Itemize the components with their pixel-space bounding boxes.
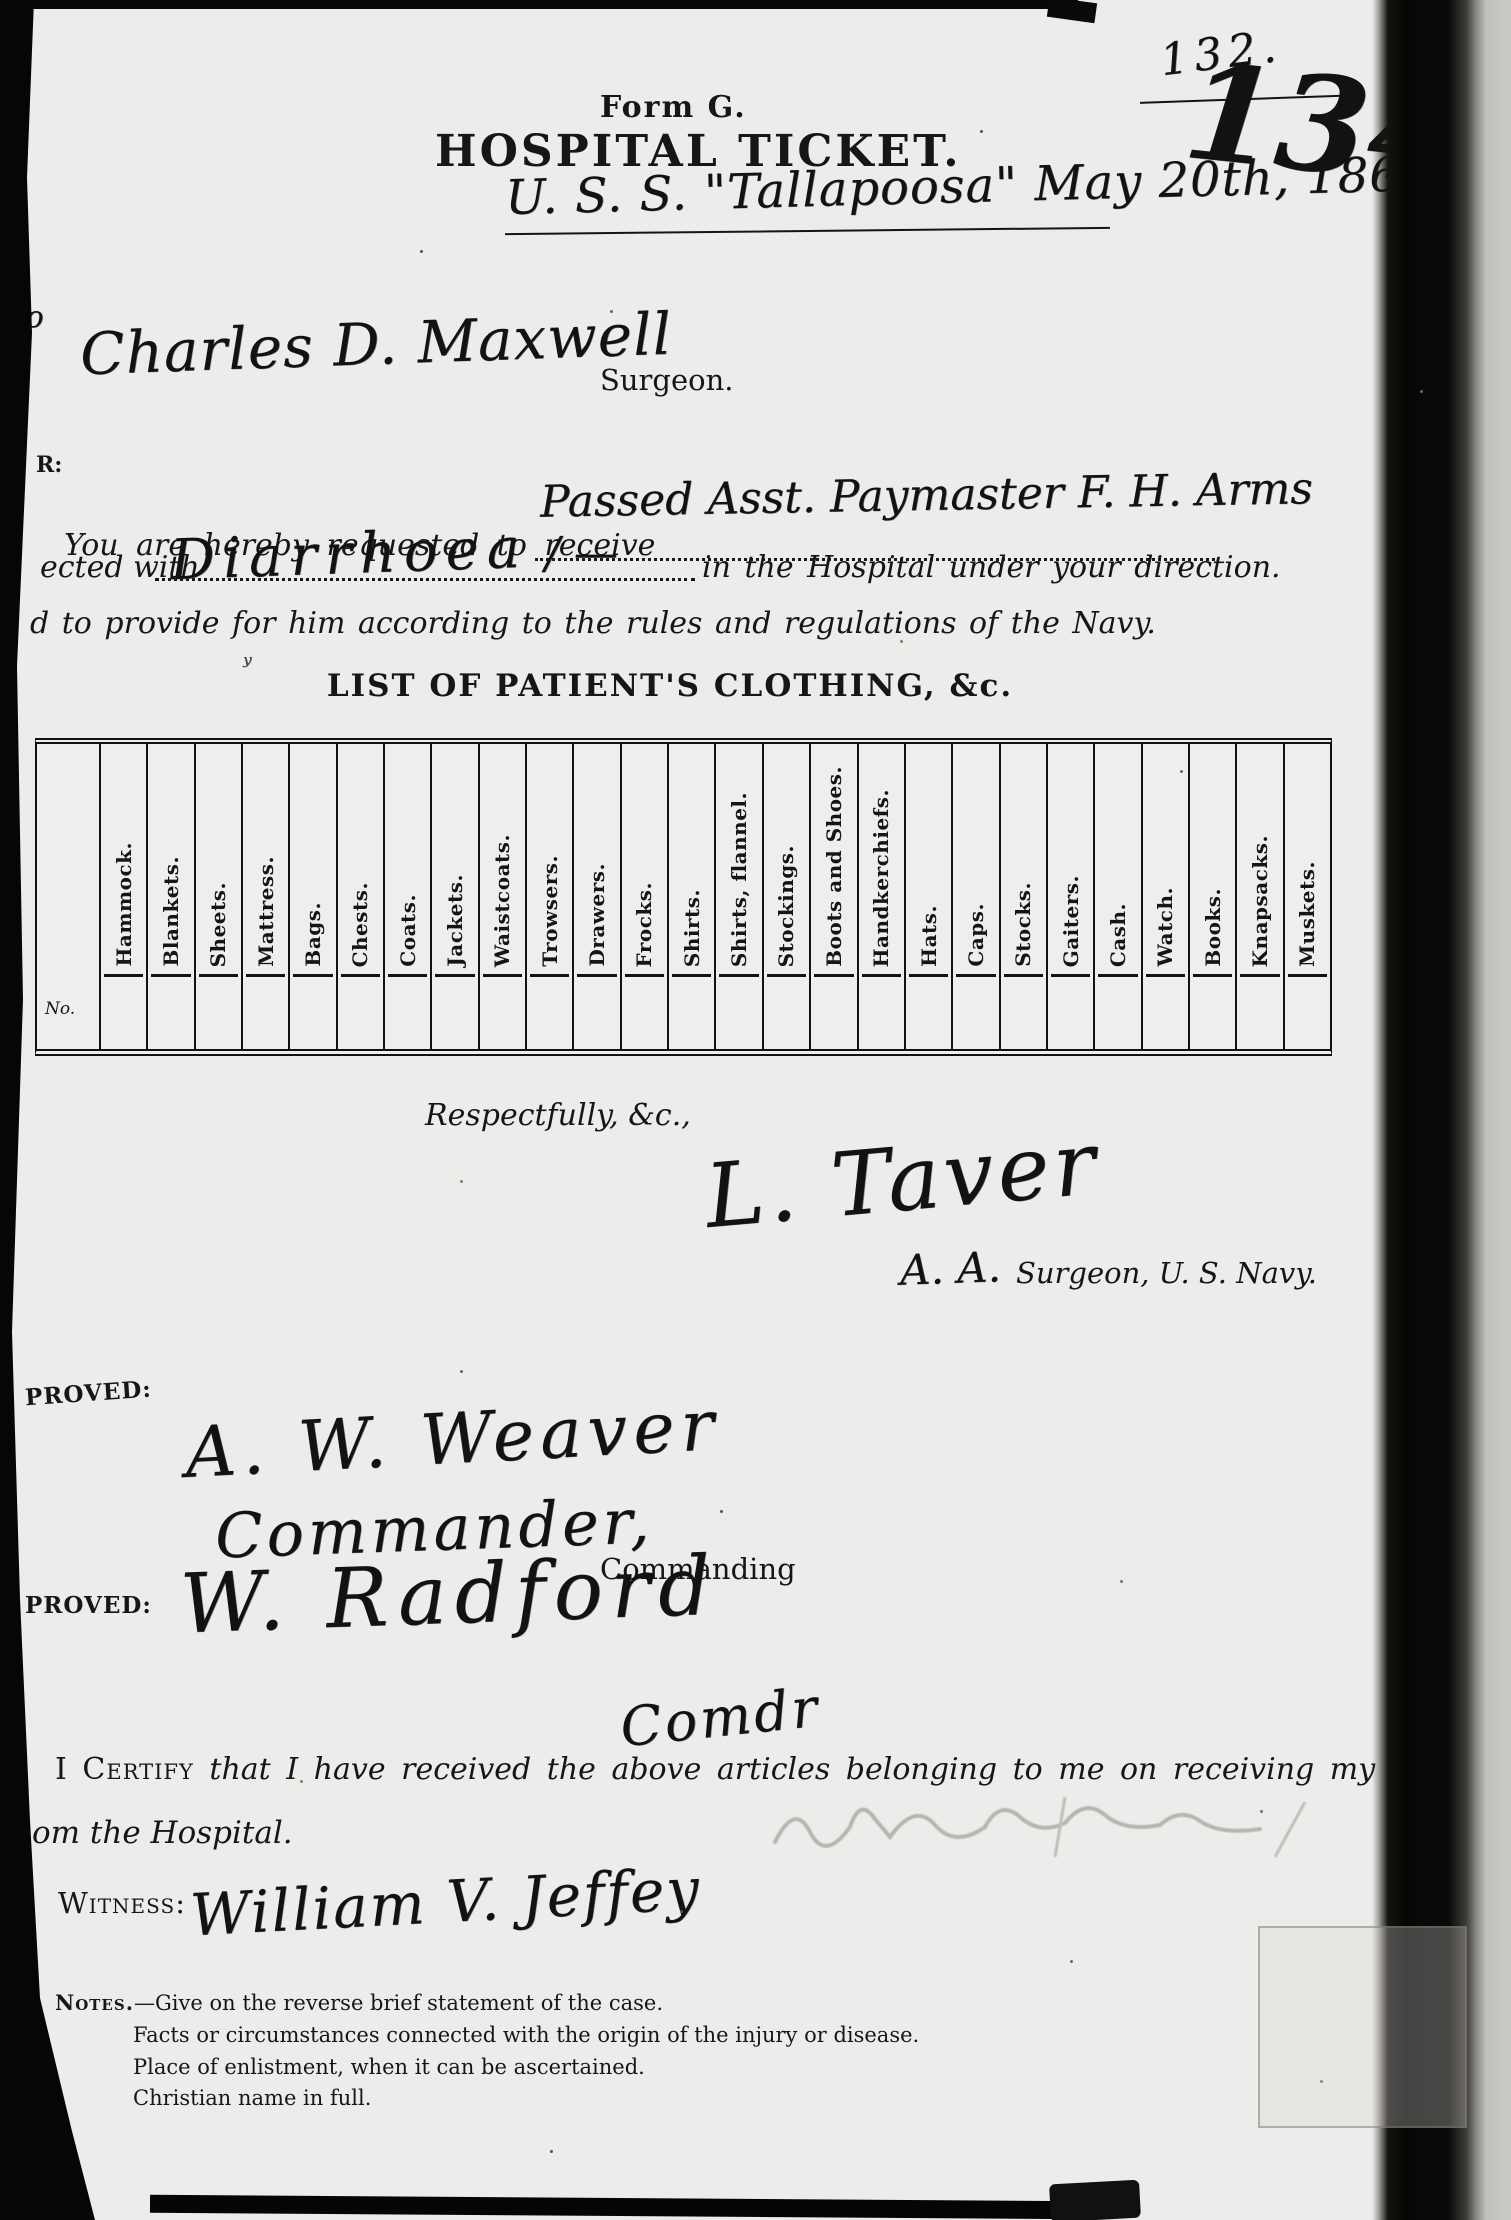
- approved-label-1: PROVED:: [24, 1376, 152, 1412]
- clothing-column: Shirts.: [667, 744, 714, 1049]
- clothing-column: Trowsers.: [525, 744, 572, 1049]
- clothing-column: Bags.: [288, 744, 335, 1049]
- clothing-column-label: Stockings.: [774, 845, 798, 967]
- clothing-table: No. Hammock.Blankets.Sheets.Mattress.Bag…: [35, 738, 1332, 1056]
- scan-edge-top: [0, 0, 1078, 9]
- clothing-column: Cash.: [1093, 744, 1140, 1049]
- approver1-signature: A. W. Weaver: [183, 1384, 722, 1494]
- request-line3: d to provide for him according to the ru…: [30, 606, 1156, 641]
- clothing-column: Coats.: [383, 744, 430, 1049]
- witness-label: Witness:: [58, 1886, 186, 1920]
- clothing-column: Drawers.: [572, 744, 619, 1049]
- surgeon-rank-printed: Surgeon, U. S. Navy.: [1016, 1256, 1317, 1290]
- clothing-column: Sheets.: [194, 744, 241, 1049]
- clothing-column: Blankets.: [146, 744, 193, 1049]
- clothing-column: Shirts, flannel.: [714, 744, 761, 1049]
- clothing-column-label: Handkerchiefs.: [869, 789, 893, 967]
- scan-speckles: [420, 250, 423, 253]
- clothing-column-label: Books.: [1201, 888, 1225, 967]
- clothing-heading: LIST OF PATIENT'S CLOTHING, &c.: [30, 668, 1310, 704]
- addressee-title: Surgeon.: [600, 363, 734, 397]
- clothing-column-label: Sheets.: [206, 882, 230, 967]
- clothing-column: Knapsacks.: [1235, 744, 1282, 1049]
- clothing-column-label: Coats.: [396, 894, 420, 967]
- scan-edge-bottom: [150, 2195, 1085, 2220]
- clothing-column-label: Hats.: [917, 905, 941, 967]
- addressee-name-handwriting: Charles D. Maxwell: [79, 300, 673, 389]
- clothing-column: Muskets.: [1283, 744, 1330, 1049]
- clothing-column-label: Muskets.: [1295, 861, 1319, 967]
- notes-label: Notes.: [55, 1990, 134, 2015]
- ship-date-underline: [505, 227, 1110, 235]
- certify-lead: I: [55, 1752, 67, 1787]
- clothing-column: Watch.: [1141, 744, 1188, 1049]
- clothing-column: Gaiters.: [1046, 744, 1093, 1049]
- request-line2: in the Hospital under your direction.: [702, 550, 1281, 585]
- clothing-column: Mattress.: [241, 744, 288, 1049]
- clothing-column-label: Caps.: [964, 903, 988, 967]
- clothing-column-label: Gaiters.: [1059, 875, 1083, 967]
- clothing-column-label: Jackets.: [443, 874, 467, 967]
- witness-signature: William V. Jeffey: [189, 1855, 703, 1950]
- clothing-column: Caps.: [951, 744, 998, 1049]
- surgeon-rank-handwriting: A. A.: [899, 1242, 1001, 1294]
- clothing-column-label: Shirts, flannel.: [727, 792, 751, 967]
- clothing-column: Handkerchiefs.: [857, 744, 904, 1049]
- clothing-column: Chests.: [336, 744, 383, 1049]
- binding-shadow: [1372, 0, 1511, 2220]
- clothing-column: Hats.: [904, 744, 951, 1049]
- clothing-no-label: No.: [45, 999, 75, 1019]
- notes-line4: Christian name in full.: [133, 2086, 371, 2110]
- clothing-column-label: Waistcoats.: [490, 834, 514, 967]
- patient-name-handwriting: Passed Asst. Paymaster F. H. Arms: [540, 463, 1314, 527]
- clothing-column-label: Frocks.: [632, 882, 656, 967]
- clothing-column-label: Drawers.: [585, 863, 609, 967]
- notes-line2: Facts or circumstances connected with th…: [133, 2023, 919, 2047]
- clothing-column: Boots and Shoes.: [809, 744, 856, 1049]
- certify-word: Certify: [82, 1752, 193, 1787]
- clothing-column-label: Hammock.: [112, 842, 136, 967]
- clothing-column-label: Shirts.: [680, 889, 704, 967]
- clothing-column: Frocks.: [620, 744, 667, 1049]
- diagnosis-handwriting: Diarrhoea: [169, 516, 529, 593]
- scan-smudge-bottom-right: [1049, 2180, 1141, 2220]
- approved-label-2: PROVED:: [25, 1592, 152, 1619]
- clothing-column-label: Chests.: [348, 882, 372, 967]
- notes-line1-text: —Give on the reverse brief statement of …: [134, 1991, 663, 2015]
- clothing-column: Waistcoats.: [478, 744, 525, 1049]
- scan-edge-top-nub: [1047, 0, 1097, 23]
- diagnosis-rule: [155, 578, 695, 581]
- clothing-column-label: Bags.: [301, 902, 325, 967]
- clothing-column: Stockings.: [762, 744, 809, 1049]
- surgeon-signature: L. Taver: [701, 1111, 1103, 1248]
- clothing-column-label: Knapsacks.: [1248, 835, 1272, 967]
- clothing-column: Hammock.: [99, 744, 146, 1049]
- clothing-no-cell: No.: [37, 744, 99, 1049]
- clothing-column: Stocks.: [999, 744, 1046, 1049]
- hospital-fragment: om the Hospital.: [32, 1815, 293, 1851]
- clothing-column-label: Boots and Shoes.: [822, 766, 846, 967]
- clothing-column-label: Cash.: [1106, 903, 1130, 967]
- clothing-column-label: Stocks.: [1011, 882, 1035, 967]
- clothing-column: Books.: [1188, 744, 1235, 1049]
- form-label: Form G.: [600, 90, 747, 125]
- clothing-column: Jackets.: [430, 744, 477, 1049]
- notes-line3: Place of enlistment, when it can be asce…: [133, 2055, 645, 2079]
- approver2-signature: W. Radford: [179, 1539, 720, 1653]
- hospital-ticket-document: Form G. HOSPITAL TICKET. U. S. S. "Talla…: [0, 0, 1511, 2220]
- diagnosis-flourish: ∕ —: [545, 528, 618, 579]
- clothing-column-label: Watch.: [1153, 887, 1177, 967]
- approver2-rank-handwriting: Comdr: [617, 1676, 823, 1760]
- clothing-column-label: Trowsers.: [538, 855, 562, 967]
- clothing-column-label: Mattress.: [254, 856, 278, 967]
- notes-line1: Notes.—Give on the reverse brief stateme…: [55, 1990, 663, 2015]
- salutation-fragment: R:: [36, 452, 62, 478]
- faint-signature: [765, 1782, 1310, 1872]
- respectfully-line: Respectfully, &c.,: [425, 1098, 691, 1133]
- next-page-ghost-box: [1258, 1926, 1467, 2128]
- clothing-column-label: Blankets.: [159, 856, 183, 967]
